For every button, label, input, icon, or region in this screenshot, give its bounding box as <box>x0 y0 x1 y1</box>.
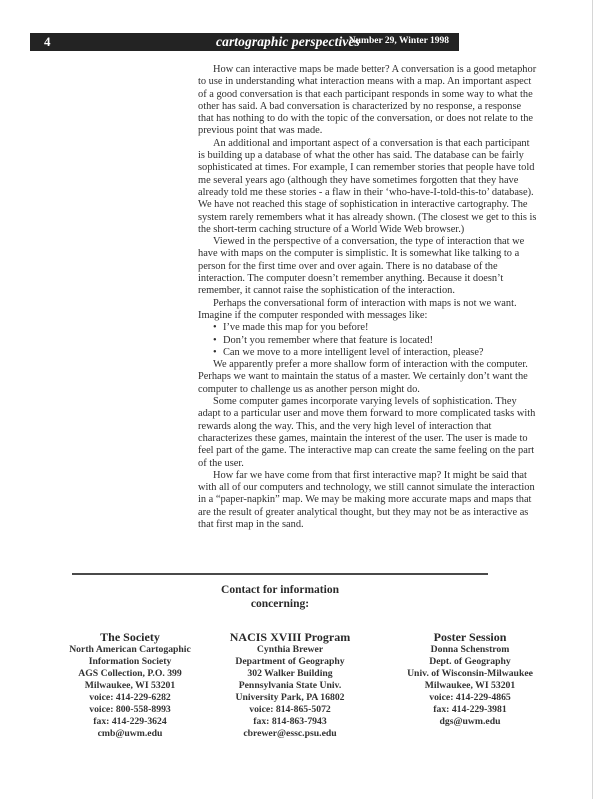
contact-phone: voice: 800-558-8993 <box>40 704 220 716</box>
bullet-icon: • <box>213 322 223 334</box>
contact-line: Donna Schenstrom <box>380 644 560 656</box>
contact-line: University Park, PA 16802 <box>200 692 380 704</box>
contact-fax: fax: 814-863-7943 <box>200 716 380 728</box>
contact-line: Milwaukee, WI 53201 <box>380 680 560 692</box>
list-item-text: Can we move to a more intelligent level … <box>223 347 484 358</box>
article-body: How can interactive maps be made better?… <box>198 64 538 531</box>
paragraph: Viewed in the perspective of a conversat… <box>198 236 538 297</box>
contact-fax: fax: 414-229-3981 <box>380 704 560 716</box>
paragraph: How can interactive maps be made better?… <box>198 64 538 138</box>
paragraph: Some computer games incorporate varying … <box>198 396 538 470</box>
list-item: •Can we move to a more intelligent level… <box>213 347 538 359</box>
contact-society: The Society North American Cartogaphic I… <box>40 630 220 740</box>
contact-email: dgs@uwm.edu <box>380 716 560 728</box>
contact-line: Department of Geography <box>200 656 380 668</box>
bullet-icon: • <box>213 335 223 347</box>
bullet-list: •I’ve made this map for you before! •Don… <box>198 322 538 359</box>
paragraph: Perhaps the conversational form of inter… <box>198 298 538 323</box>
page-edge <box>592 0 593 799</box>
paragraph: We apparently prefer a more shallow form… <box>198 359 538 396</box>
publication-title: cartographic perspectives <box>216 34 360 50</box>
contact-phone: voice: 814-865-5072 <box>200 704 380 716</box>
list-item: •I’ve made this map for you before! <box>213 322 538 334</box>
paragraph: An additional and important aspect of a … <box>198 138 538 236</box>
contact-title: NACIS XVIII Program <box>200 630 380 644</box>
contact-heading: Contact for information concerning: <box>180 583 380 611</box>
contact-title: Poster Session <box>380 630 560 644</box>
contact-fax: fax: 414-229-3624 <box>40 716 220 728</box>
page-number: 4 <box>44 34 84 50</box>
section-divider <box>72 573 488 575</box>
contact-line: Pennsylvania State Univ. <box>200 680 380 692</box>
contact-line: Dept. of Geography <box>380 656 560 668</box>
running-header: 4 cartographic perspectives Number 29, W… <box>30 33 459 51</box>
contact-phone: voice: 414-229-4865 <box>380 692 560 704</box>
contact-heading-line: Contact for information <box>180 583 380 597</box>
contact-line: Information Society <box>40 656 220 668</box>
contact-line: AGS Collection, P.O. 399 <box>40 668 220 680</box>
contact-poster-session: Poster Session Donna Schenstrom Dept. of… <box>380 630 560 728</box>
contact-email: cmb@uwm.edu <box>40 728 220 740</box>
issue-label: Number 29, Winter 1998 <box>349 36 449 46</box>
contact-email: cbrewer@essc.psu.edu <box>200 728 380 740</box>
contact-nacis-program: NACIS XVIII Program Cynthia Brewer Depar… <box>200 630 380 740</box>
contact-heading-line: concerning: <box>180 597 380 611</box>
contact-line: Univ. of Wisconsin-Milwaukee <box>380 668 560 680</box>
contact-line: 302 Walker Building <box>200 668 380 680</box>
list-item-text: I’ve made this map for you before! <box>223 322 368 333</box>
list-item: •Don’t you remember where that feature i… <box>213 335 538 347</box>
bullet-icon: • <box>213 347 223 359</box>
contact-line: Cynthia Brewer <box>200 644 380 656</box>
list-item-text: Don’t you remember where that feature is… <box>223 335 433 346</box>
contact-title: The Society <box>40 630 220 644</box>
contact-phone: voice: 414-229-6282 <box>40 692 220 704</box>
paragraph: How far we have come from that first int… <box>198 470 538 531</box>
contact-line: Milwaukee, WI 53201 <box>40 680 220 692</box>
contact-line: North American Cartogaphic <box>40 644 220 656</box>
